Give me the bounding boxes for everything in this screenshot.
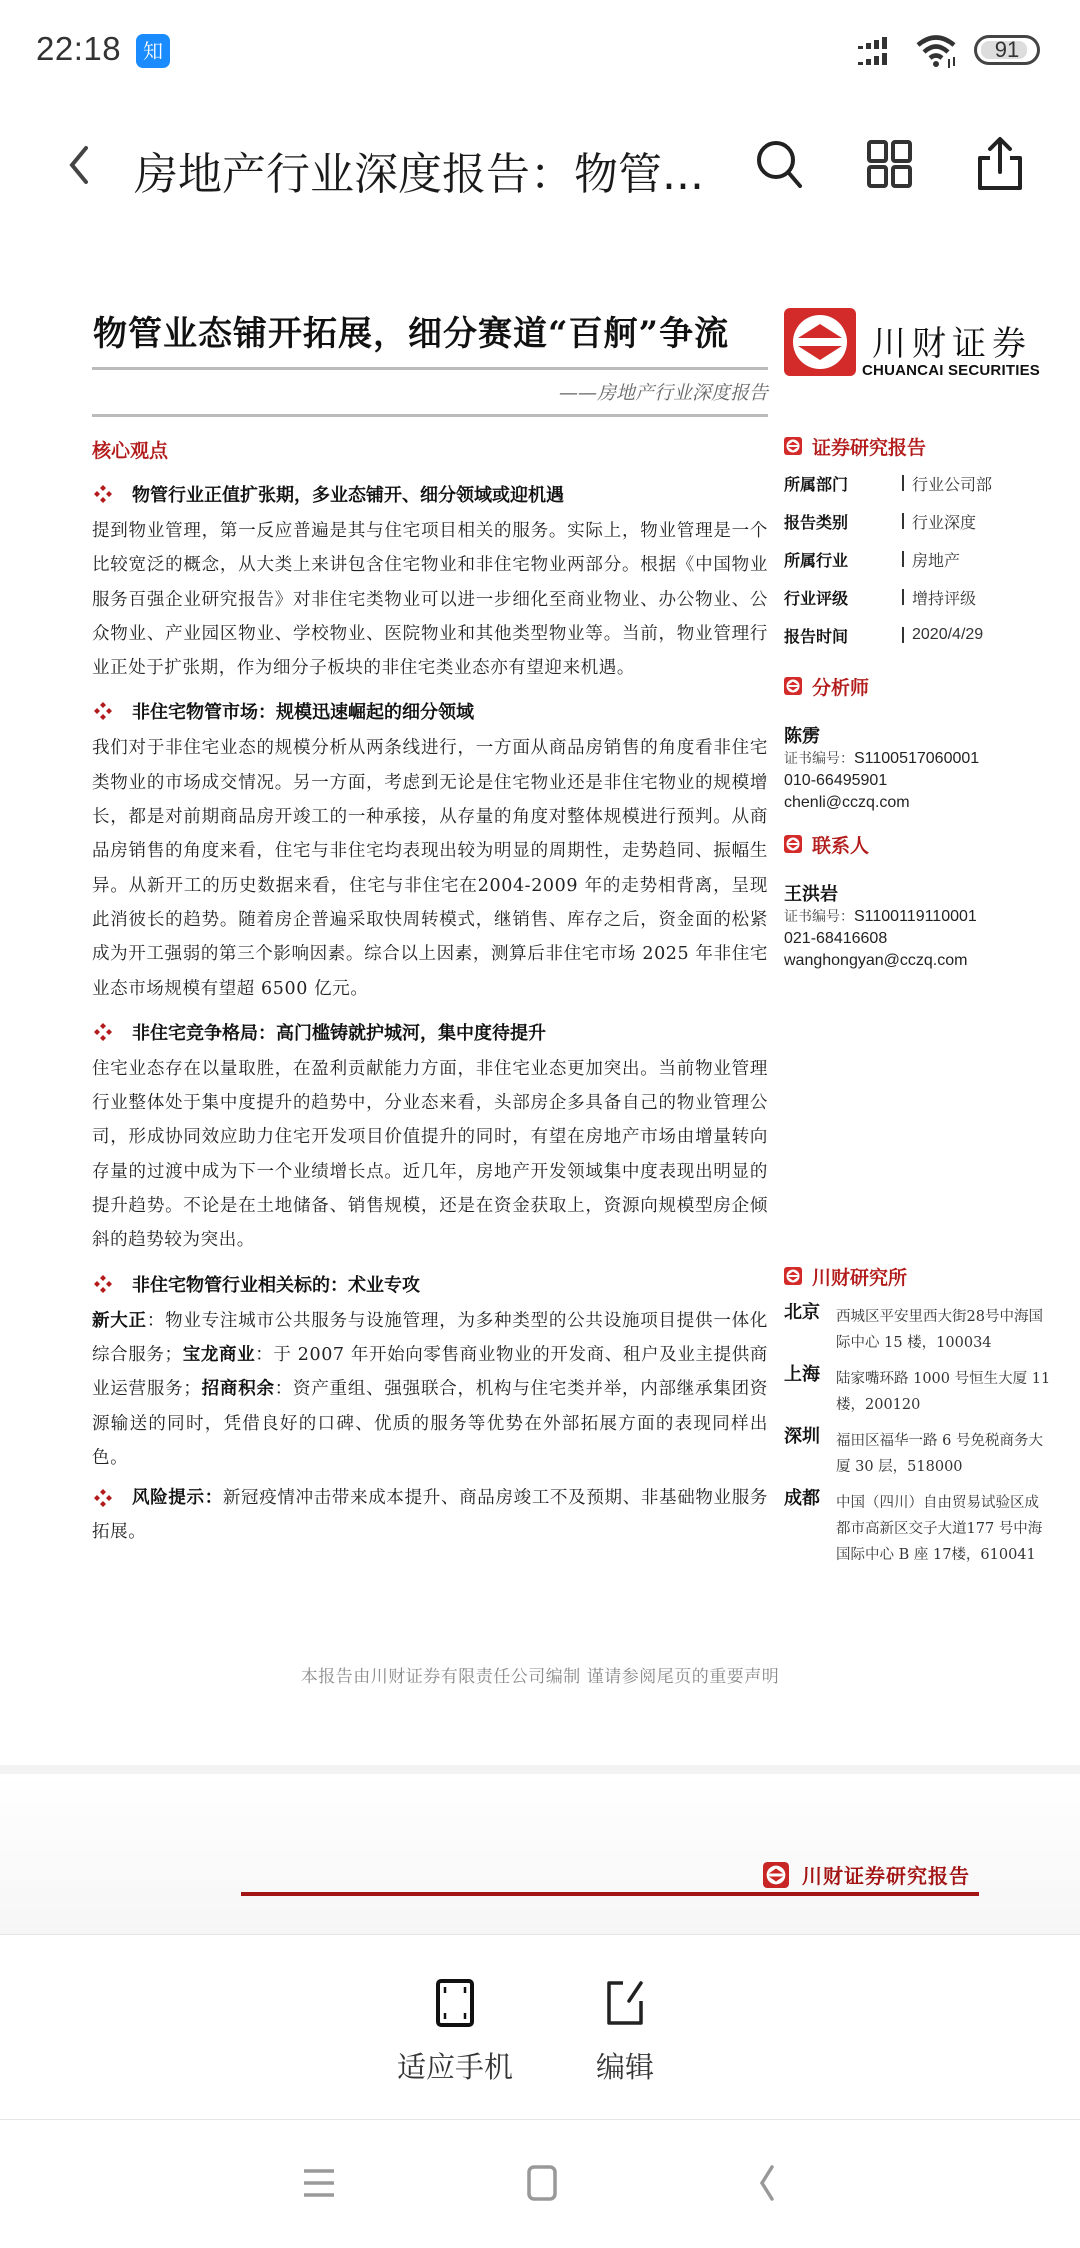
title-rule [92, 367, 768, 370]
contact-email[interactable]: wanghongyan@cczq.com [784, 950, 1054, 972]
page-separator [0, 1765, 1080, 1774]
analyst-phone: 010-66495901 [784, 770, 1054, 792]
signal-icon [858, 36, 902, 66]
app-header: 房地产行业深度报告：物管... [0, 120, 1080, 210]
bottom-toolbar: 适应手机 编辑 [0, 1934, 1080, 2120]
menu-icon[interactable] [299, 2163, 339, 2203]
main-content: 核心观点 物管行业正值扩张期，多业态铺开、细分领域或迎机遇 提到物业管理，第一反… [92, 428, 768, 1556]
diamond-bullet-icon [94, 485, 112, 503]
info-label: 报告类别 [784, 510, 902, 533]
company-name: 新大正 [92, 1311, 147, 1331]
info-label: 所属部门 [784, 472, 902, 495]
info-label: 所属行业 [784, 548, 902, 571]
search-icon[interactable] [752, 136, 808, 192]
battery-indicator: 91 [974, 35, 1040, 65]
section-heading: 非住宅物管市场：规模迅速崛起的细分领域 [92, 691, 768, 731]
info-value: 房地产 [912, 548, 960, 571]
info-value: 行业深度 [912, 510, 976, 533]
core-viewpoints-heading: 核心观点 [92, 436, 768, 474]
brand-name-en: CHUANCAI SECURITIES [862, 362, 1040, 379]
chuancai-logo-icon [784, 835, 802, 853]
info-row-rating: 行业评级增持评级 [784, 578, 1054, 616]
next-document-page[interactable]: 川财证券研究报告 [0, 1774, 1080, 1934]
section-heading: 非住宅竞争格局：高门槛铸就护城河，集中度待提升 [92, 1012, 768, 1052]
system-nav-bar [0, 2121, 1080, 2248]
info-label: 报告时间 [784, 624, 902, 647]
zhihu-app-icon: 知 [136, 34, 170, 68]
office-beijing: 北京西城区平安里西大街28号中海国际中心 15 楼，100034 [784, 1298, 1054, 1356]
document-title: 房地产行业深度报告：物管... [134, 138, 704, 202]
next-page-header-title: 川财证券研究报告 [802, 1860, 970, 1889]
contact-name: 王洪岩 [784, 880, 1054, 906]
info-value: 增持评级 [912, 586, 976, 609]
info-value: 2020/4/29 [912, 626, 983, 644]
analyst-heading-text: 分析师 [812, 673, 869, 700]
info-row-department: 所属部门行业公司部 [784, 464, 1054, 502]
diamond-bullet-icon [94, 1275, 112, 1293]
office-shanghai: 上海陆家嘴环路 1000 号恒生大厦 11 楼，200120 [784, 1360, 1054, 1418]
grid-icon[interactable] [862, 136, 918, 192]
home-icon[interactable] [522, 2163, 562, 2203]
analyst-name: 陈雳 [784, 722, 1054, 748]
office-address: 福田区福华一路 6 号免税商务大厦 30 层，518000 [836, 1422, 1051, 1480]
contact-heading-text: 联系人 [812, 831, 869, 858]
report-info-heading-text: 证券研究报告 [812, 433, 926, 460]
edit-button[interactable]: 编辑 [585, 1979, 665, 2086]
contact-cert: 证书编号：S1100119110001 [784, 906, 1054, 928]
section-heading-text: 非住宅物管市场：规模迅速崛起的细分领域 [132, 698, 474, 724]
cert-number: S1100119110001 [854, 908, 977, 925]
office-shenzhen: 深圳福田区福华一路 6 号免税商务大厦 30 层，518000 [784, 1422, 1054, 1480]
info-row-industry: 所属行业房地产 [784, 540, 1054, 578]
office-chengdu: 成都中国（四川）自由贸易试验区成都市高新区交子大道177 号中海国际中心 B 座… [784, 1484, 1054, 1568]
office-city: 北京 [784, 1298, 836, 1356]
office-city: 成都 [784, 1484, 836, 1568]
company-name: 宝龙商业 [183, 1345, 256, 1365]
share-icon[interactable] [972, 136, 1028, 192]
info-value: 行业公司部 [912, 472, 992, 495]
wifi-icon [915, 33, 961, 69]
chuancai-logo-icon [763, 1862, 789, 1888]
battery-level: 91 [977, 38, 1037, 62]
companies-body: 新大正：物业专注城市公共服务与设施管理，为多种类型的公共设施项目提供一体化综合服… [92, 1304, 768, 1475]
section-body: 我们对于非住宅业态的规模分析从两条线进行，一方面从商品房销售的角度看非住宅类物业… [92, 731, 768, 1005]
brand-name-cn: 川财证券 [872, 316, 1032, 365]
office-address: 西城区平安里西大街28号中海国际中心 15 楼，100034 [836, 1298, 1051, 1356]
section-heading-text: 物管行业正值扩张期，多业态铺开、细分领域或迎机遇 [132, 481, 564, 507]
cert-label: 证书编号： [784, 909, 854, 925]
analyst-email[interactable]: chenli@cczq.com [784, 792, 1054, 814]
report-info-heading: 证券研究报告 [784, 428, 1054, 464]
status-time: 22:18 [36, 30, 121, 68]
chuancai-logo-icon [784, 677, 802, 695]
back-icon[interactable] [60, 140, 100, 190]
section-body: 住宅业态存在以量取胜，在盈利贡献能力方面，非住宅业态更加突出。当前物业管理行业整… [92, 1052, 768, 1258]
section-heading-text: 非住宅物管行业相关标的：术业专攻 [132, 1271, 420, 1297]
report-sidebar: 证券研究报告 所属部门行业公司部 报告类别行业深度 所属行业房地产 行业评级增持… [784, 428, 1054, 1568]
cert-number: S1100517060001 [854, 750, 979, 767]
subtitle-rule [92, 414, 768, 417]
section-body: 提到物业管理，第一反应普遍是其与住宅项目相关的服务。实际上，物业管理是一个比较宽… [92, 514, 768, 685]
diamond-bullet-icon [94, 702, 112, 720]
chuancai-logo-icon [784, 308, 856, 376]
analyst-cert: 证书编号：S1100517060001 [784, 748, 1054, 770]
office-address: 陆家嘴环路 1000 号恒生大厦 11 楼，200120 [836, 1360, 1051, 1418]
office-address: 中国（四川）自由贸易试验区成都市高新区交子大道177 号中海国际中心 B 座 1… [836, 1484, 1051, 1568]
document-page[interactable]: 物管业态铺开拓展，细分赛道“百舸”争流 ——房地产行业深度报告 川财证券 CHU… [0, 280, 1080, 1765]
fit-phone-button[interactable]: 适应手机 [390, 1979, 520, 2086]
chuancai-logo-icon [784, 1267, 802, 1285]
page-disclaimer: 本报告由川财证券有限责任公司编制 谨请参阅尾页的重要声明 [0, 1662, 1080, 1687]
contact-heading: 联系人 [784, 826, 1054, 862]
company-name: 招商积余 [201, 1379, 274, 1399]
edit-icon [605, 1979, 645, 2027]
info-row-date: 报告时间2020/4/29 [784, 616, 1054, 654]
info-label: 行业评级 [784, 586, 902, 609]
office-city: 深圳 [784, 1422, 836, 1480]
report-subtitle: ——房地产行业深度报告 [559, 378, 768, 405]
institute-heading-text: 川财研究所 [812, 1263, 907, 1290]
section-heading: 非住宅物管行业相关标的：术业专攻 [92, 1264, 768, 1304]
risk-warning: 风险提示：新冠疫情冲击带来成本提升、商品房竣工不及预期、非基础物业服务拓展。 [92, 1481, 768, 1556]
diamond-bullet-icon [94, 1023, 112, 1041]
chuancai-logo-icon [784, 437, 802, 455]
contact-phone: 021-68416608 [784, 928, 1054, 950]
section-heading: 物管行业正值扩张期，多业态铺开、细分领域或迎机遇 [92, 474, 768, 514]
office-city: 上海 [784, 1360, 836, 1418]
institute-heading: 川财研究所 [784, 1258, 1054, 1294]
status-bar: 22:18 知 91 [0, 0, 1080, 100]
risk-label: 风险提示： [132, 1488, 223, 1508]
back-icon[interactable] [750, 2163, 790, 2203]
report-main-title: 物管业态铺开拓展，细分赛道“百舸”争流 [93, 306, 729, 355]
fit-phone-label: 适应手机 [390, 2045, 520, 2086]
analyst-heading: 分析师 [784, 668, 1054, 704]
next-page-header-rule [241, 1892, 979, 1896]
fit-screen-icon [435, 1979, 475, 2027]
section-heading-text: 非住宅竞争格局：高门槛铸就护城河，集中度待提升 [132, 1019, 546, 1045]
edit-label: 编辑 [585, 2045, 665, 2086]
cert-label: 证书编号： [784, 751, 854, 767]
info-row-category: 报告类别行业深度 [784, 502, 1054, 540]
